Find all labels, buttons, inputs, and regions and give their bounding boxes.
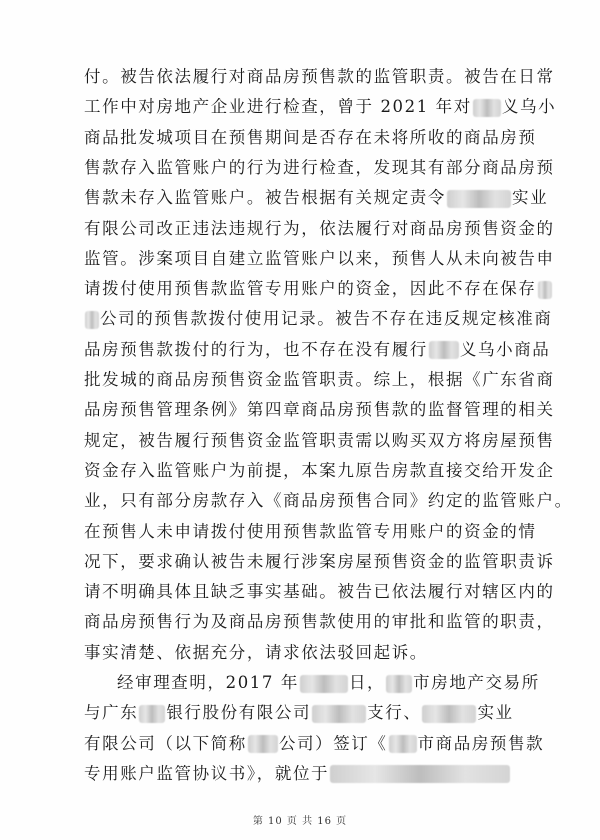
text-line: 资金存入监管账户为前提，本案九原告房款直接交给开发企	[84, 456, 516, 486]
text-line: 有限公司改正违法违规行为，依法履行对商品房预售资金的	[84, 214, 516, 244]
text-segment: 售款未存入监管账户。被告根据有关规定责令	[84, 188, 446, 207]
text-segment: 况下，要求确认被告未履行涉案房屋预售资金的监管职责诉	[84, 552, 555, 571]
text-line: 售款未存入监管账户。被告根据有关规定责令实业	[84, 183, 516, 213]
text-line: 工作中对房地产企业进行检查，曾于 2021 年对义乌小	[84, 92, 516, 122]
text-segment: 付。被告依法履行对商品房预售款的监管职责。被告在日常	[84, 67, 555, 86]
text-segment: 义乌小	[502, 97, 556, 116]
text-segment: 请不明确具体且缺乏事实基础。被告已依法履行对辖区内的	[84, 582, 555, 601]
text-segment: 批发城的商品房预售资金监管职责。综上，根据《广东省商	[84, 370, 555, 389]
redaction-blur	[422, 705, 476, 723]
text-segment: 资金存入监管账户为前提，本案九原告房款直接交给开发企	[84, 461, 555, 480]
text-line: 经审理查明，2017 年日，市房地产交易所	[84, 668, 516, 698]
redaction-blur	[386, 675, 412, 693]
text-segment: 规定，被告履行预售资金监管职责需以购买双方将房屋预售	[84, 431, 555, 450]
text-segment: 市商品房预售款	[418, 734, 545, 753]
text-segment: 支行、	[367, 703, 421, 722]
text-line: 批发城的商品房预售资金监管职责。综上，根据《广东省商	[84, 365, 516, 395]
redaction-blur	[429, 341, 459, 359]
text-segment: 在预售人未申请拨付使用预售款监管专用账户的资金的情	[84, 522, 537, 541]
text-segment: 售款存入监管账户的行为进行检查，发现其有部分商品房预	[84, 158, 555, 177]
text-segment: 商品房预售行为及商品房预售款使用的审批和监管的职责，	[84, 612, 555, 631]
text-segment: 与广东	[84, 703, 138, 722]
text-segment: 商品批发城项目在预售期间是否存在未将所收的商品房预	[84, 128, 537, 147]
text-line: 公司的预售款拨付使用记录。被告不存在违反规定核准商	[84, 304, 516, 334]
text-line: 规定，被告履行预售资金监管职责需以购买双方将房屋预售	[84, 426, 516, 456]
text-line: 商品批发城项目在预售期间是否存在未将所收的商品房预	[84, 123, 516, 153]
text-line: 请拨付使用预售款监管专用账户的资金，因此不存在保存	[84, 274, 516, 304]
text-line: 专用账户监管协议书》，就位于	[84, 759, 516, 789]
redaction-blur	[139, 705, 165, 723]
text-segment: 市房地产交易所	[413, 673, 540, 692]
text-segment: 工作中对房地产企业进行检查，曾于 2021 年对	[84, 97, 472, 116]
redaction-blur	[389, 735, 417, 753]
text-line: 付。被告依法履行对商品房预售款的监管职责。被告在日常	[84, 62, 516, 92]
redaction-blur	[300, 675, 348, 693]
page-footer: 第 10 页 共 16 页	[0, 812, 600, 827]
text-line: 况下，要求确认被告未履行涉案房屋预售资金的监管职责诉	[84, 547, 516, 577]
text-segment: 事实清楚、依据充分，请求依法驳回起诉。	[84, 643, 428, 662]
text-segment: 经审理查明，2017 年	[117, 673, 299, 692]
document-page: 付。被告依法履行对商品房预售款的监管职责。被告在日常工作中对房地产企业进行检查，…	[0, 0, 600, 840]
text-line: 监管。涉案项目自建立监管账户以来，预售人从未向被告申	[84, 244, 516, 274]
text-segment: 公司的预售款拨付使用记录。被告不存在违反规定核准商	[100, 309, 553, 328]
text-line: 售款存入监管账户的行为进行检查，发现其有部分商品房预	[84, 153, 516, 183]
text-segment: 日，	[349, 673, 385, 692]
redaction-blur	[312, 705, 366, 723]
text-segment: 银行股份有限公司	[166, 703, 311, 722]
text-segment: 请拨付使用预售款监管专用账户的资金，因此不存在保存	[84, 279, 537, 298]
text-segment: 实业	[477, 703, 513, 722]
text-segment: 品房预售款拨付的行为，也不存在没有履行	[84, 340, 428, 359]
redaction-blur	[538, 281, 552, 299]
redaction-blur	[248, 735, 278, 753]
text-line: 品房预售款拨付的行为，也不存在没有履行义乌小商品	[84, 335, 516, 365]
redaction-blur	[330, 765, 510, 783]
text-segment: 监管。涉案项目自建立监管账户以来，预售人从未向被告申	[84, 249, 555, 268]
text-line: 在预售人未申请拨付使用预售款监管专用账户的资金的情	[84, 517, 516, 547]
redaction-blur	[447, 190, 511, 208]
redaction-blur	[473, 99, 501, 117]
text-segment: 业，只有部分房款存入《商品房预售合同》约定的监管账户。	[84, 491, 573, 510]
text-segment: 专用账户监管协议书》，就位于	[84, 764, 329, 783]
text-segment: 义乌小商品	[460, 340, 551, 359]
text-line: 品房预售管理条例》第四章商品房预售款的监督管理的相关	[84, 395, 516, 425]
text-line: 与广东银行股份有限公司支行、实业	[84, 698, 516, 728]
redaction-blur	[85, 311, 99, 329]
text-segment: 有限公司（以下简称	[84, 734, 247, 753]
text-segment: 公司）签订《	[279, 734, 388, 753]
text-line: 商品房预售行为及商品房预售款使用的审批和监管的职责，	[84, 607, 516, 637]
text-segment: 实业	[512, 188, 548, 207]
text-segment: 有限公司改正违法违规行为，依法履行对商品房预售资金的	[84, 219, 555, 238]
text-segment: 品房预售管理条例》第四章商品房预售款的监督管理的相关	[84, 400, 555, 419]
text-line: 业，只有部分房款存入《商品房预售合同》约定的监管账户。	[84, 486, 516, 516]
text-line: 请不明确具体且缺乏事实基础。被告已依法履行对辖区内的	[84, 577, 516, 607]
text-line: 事实清楚、依据充分，请求依法驳回起诉。	[84, 638, 516, 668]
text-line: 有限公司（以下简称公司）签订《市商品房预售款	[84, 729, 516, 759]
